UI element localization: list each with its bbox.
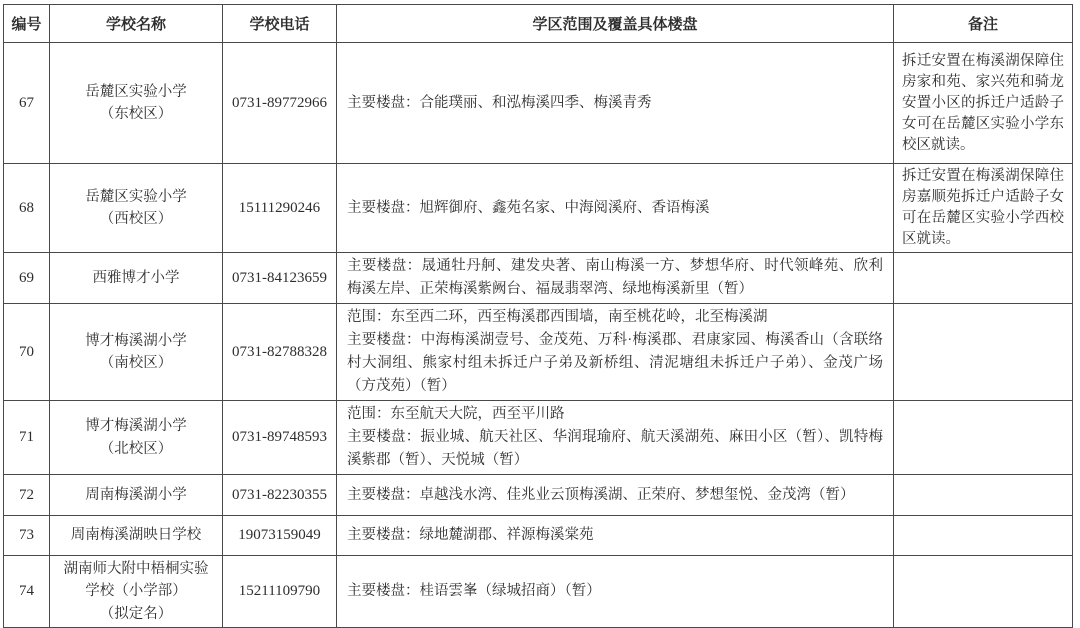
scope-cell: 主要楼盘：卓越浅水湾、佳兆业云顶梅溪湖、正荣府、梦想玺悦、金茂湾（暂） [337, 475, 894, 516]
phone-cell: 15211109790 [223, 556, 337, 612]
scope-cell: 主要楼盘：晟通牡丹舸、建发央著、南山梅溪一方、梦想华府、时代领峰苑、欣利梅溪左岸… [337, 253, 894, 304]
row-number-cell: 67 [4, 43, 50, 164]
phone-cell: 0731-82788328 [223, 304, 337, 401]
remark-cell [894, 401, 1073, 475]
header-school-name: 学校名称 [50, 5, 223, 43]
row-number-cell: 69 [4, 253, 50, 304]
row-number-cell: 68 [4, 164, 50, 253]
remark-cell: 拆迁安置在梅溪湖保障住房嘉顺苑拆迁户适龄子女可在岳麓区实验小学西校区就读。 [894, 164, 1073, 253]
school-name-cell: 周南梅溪湖小学 [50, 475, 223, 516]
table-row: 67 岳麓区实验小学 （东校区） 0731-89772966 主要楼盘：合能璞丽… [4, 43, 1073, 164]
row-number-cell: 74 [4, 556, 50, 612]
header-district-scope: 学区范围及覆盖具体楼盘 [337, 5, 894, 43]
phone-cell: 0731-84123659 [223, 253, 337, 304]
school-name-cell: 博才梅溪湖小学 （北校区） [50, 401, 223, 475]
remark-cell [894, 253, 1073, 304]
phone-cell: 0731-82230355 [223, 475, 337, 516]
row-number-cell: 71 [4, 401, 50, 475]
school-name-cell: 周南梅溪湖映日学校 [50, 516, 223, 556]
school-name-cell: 岳麓区实验小学 （西校区） [50, 164, 223, 253]
scope-cell: 主要楼盘：旭辉御府、鑫苑名家、中海阅溪府、香语梅溪 [337, 164, 894, 253]
table-row: 74 湖南师大附中梧桐实验 学校（小学部） （拟定名） 15211109790 … [4, 556, 1073, 612]
header-row: 编号 学校名称 学校电话 学区范围及覆盖具体楼盘 备注 [4, 5, 1073, 43]
table-row: 68 岳麓区实验小学 （西校区） 15111290246 主要楼盘：旭辉御府、鑫… [4, 164, 1073, 253]
table-row: 69 西雅博才小学 0731-84123659 主要楼盘：晟通牡丹舸、建发央著、… [4, 253, 1073, 304]
scope-cell: 范围：东至航天大院，西至平川路 主要楼盘：振业城、航天社区、华润琨瑜府、航天溪湖… [337, 401, 894, 475]
scope-cell: 主要楼盘：合能璞丽、和泓梅溪四季、梅溪青秀 [337, 43, 894, 164]
school-name-cell: 湖南师大附中梧桐实验 学校（小学部） （拟定名） [50, 556, 223, 612]
remark-cell [894, 304, 1073, 401]
phone-cell: 0731-89772966 [223, 43, 337, 164]
phone-cell: 19073159049 [223, 516, 337, 556]
scope-cell: 主要楼盘：桂语雲峯（绿城招商）（暂） [337, 556, 894, 612]
school-district-table-sheet: 编号 学校名称 学校电话 学区范围及覆盖具体楼盘 备注 67 岳麓区实验小学 （… [3, 4, 1073, 611]
remark-cell: 拆迁安置在梅溪湖保障住房家和苑、家兴苑和骑龙安置小区的拆迁户适龄子女可在岳麓区实… [894, 43, 1073, 164]
remark-cell [894, 475, 1073, 516]
table-row: 70 博才梅溪湖小学 （南校区） 0731-82788328 范围：东至西二环，… [4, 304, 1073, 401]
remark-cell [894, 516, 1073, 556]
header-school-phone: 学校电话 [223, 5, 337, 43]
scope-cell: 主要楼盘：绿地麓湖郡、祥源梅溪棠苑 [337, 516, 894, 556]
scope-cell: 范围：东至西二环，西至梅溪郡西围墙，南至桃花岭，北至梅溪湖 主要楼盘：中海梅溪湖… [337, 304, 894, 401]
phone-cell: 0731-89748593 [223, 401, 337, 475]
school-name-cell: 博才梅溪湖小学 （南校区） [50, 304, 223, 401]
table-row: 72 周南梅溪湖小学 0731-82230355 主要楼盘：卓越浅水湾、佳兆业云… [4, 475, 1073, 516]
header-id: 编号 [4, 5, 50, 43]
phone-cell: 15111290246 [223, 164, 337, 253]
remark-cell [894, 556, 1073, 612]
header-remark: 备注 [894, 5, 1073, 43]
table-row: 71 博才梅溪湖小学 （北校区） 0731-89748593 范围：东至航天大院… [4, 401, 1073, 475]
row-number-cell: 72 [4, 475, 50, 516]
table-row: 73 周南梅溪湖映日学校 19073159049 主要楼盘：绿地麓湖郡、祥源梅溪… [4, 516, 1073, 556]
school-name-cell: 岳麓区实验小学 （东校区） [50, 43, 223, 164]
school-name-cell: 西雅博才小学 [50, 253, 223, 304]
row-number-cell: 73 [4, 516, 50, 556]
row-number-cell: 70 [4, 304, 50, 401]
school-district-table: 编号 学校名称 学校电话 学区范围及覆盖具体楼盘 备注 67 岳麓区实验小学 （… [3, 4, 1073, 611]
